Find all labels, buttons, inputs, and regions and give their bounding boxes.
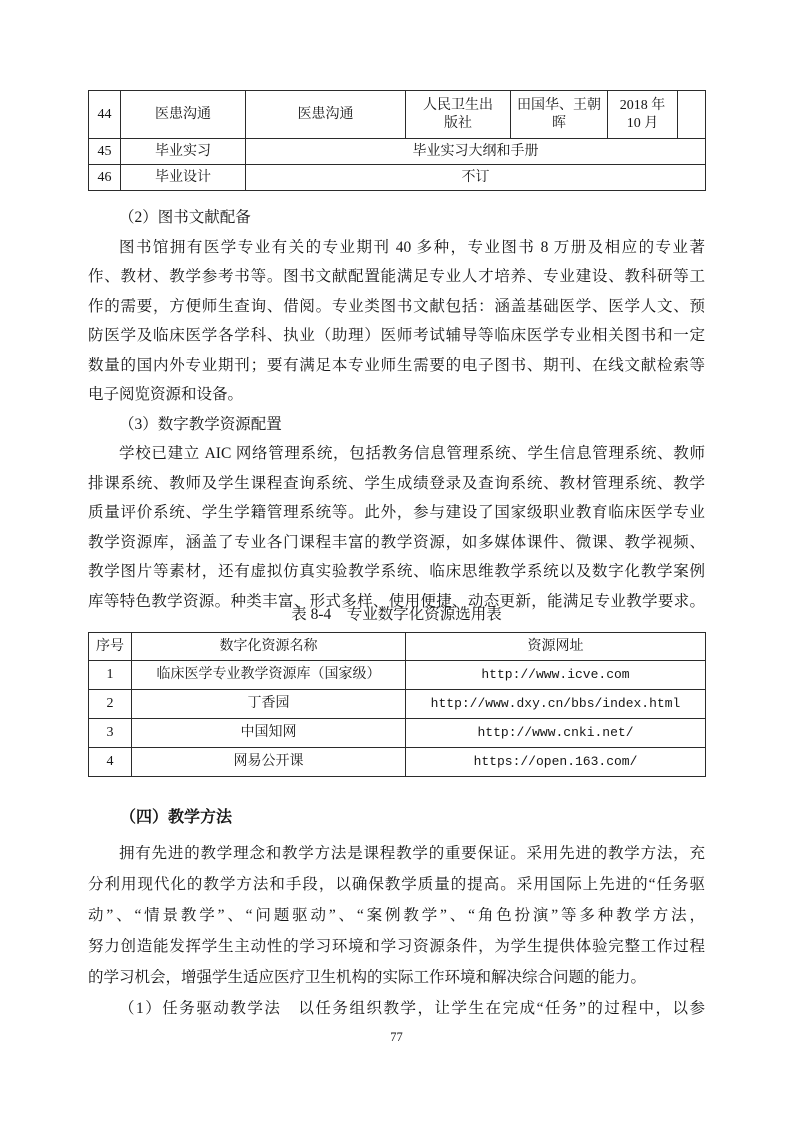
table-row: 1 临床医学专业教学资源库（国家级） http://www.icve.com — [89, 661, 706, 690]
merged-note-cell: 毕业实习大纲和手册 — [246, 139, 706, 165]
paragraph-line: 图书馆拥有医学专业有关的专业期刊 40 多种，专业图书 8 万册及相应的专业著 — [88, 233, 705, 263]
section-heading-bold: （四）教学方法 — [88, 806, 705, 830]
paragraph-line: 努力创造能发挥学生主动性的学习环境和学习资源条件，为学生提供体验完整工作过程 — [88, 931, 705, 962]
resource-url: http://www.cnki.net/ — [406, 719, 706, 748]
table-row: 4 网易公开课 https://open.163.com/ — [89, 748, 706, 777]
table-row: 46 毕业设计 不订 — [89, 165, 706, 191]
row-number-cell: 4 — [89, 748, 132, 777]
paragraph-line: 数量的国内外专业期刊；要有满足本专业师生需要的电子图书、期刊、在线文献检索等 — [88, 351, 705, 381]
document-page: 44 医患沟通 医患沟通 人民卫生出版社 田国华、王朝晖 2018 年 10 月… — [0, 0, 793, 1122]
resource-table: 序号 数字化资源名称 资源网址 1 临床医学专业教学资源库（国家级） http:… — [88, 632, 706, 777]
table-row: 3 中国知网 http://www.cnki.net/ — [89, 719, 706, 748]
paragraph-line: （1）任务驱动教学法 以任务组织教学，让学生在完成“任务”的过程中，以参 — [88, 993, 705, 1024]
table-caption: 表 8-4 专业数字化资源选用表 — [88, 604, 705, 626]
header-no: 序号 — [89, 633, 132, 661]
header-resource-url: 资源网址 — [406, 633, 706, 661]
row-number-cell: 1 — [89, 661, 132, 690]
paragraph-line: 的学习机会，增强学生适应医疗卫生机构的实际工作环境和解决综合问题的能力。 — [88, 962, 705, 993]
resource-name-cell: 中国知网 — [132, 719, 406, 748]
resource-name-cell: 临床医学专业教学资源库（国家级） — [132, 661, 406, 690]
textbook-table: 44 医患沟通 医患沟通 人民卫生出版社 田国华、王朝晖 2018 年 10 月… — [88, 90, 706, 191]
page-number: 77 — [0, 1029, 793, 1045]
paragraph-line: 拥有先进的教学理念和教学方法是课程教学的重要保证。采用先进的教学方法，充 — [88, 838, 705, 869]
paragraph-line: 分利用现代化的教学方法和手段，以确保教学质量的提高。采用国际上先进的“任务驱 — [88, 869, 705, 900]
row-number-cell: 3 — [89, 719, 132, 748]
body-text-block: （2）图书文献配备 图书馆拥有医学专业有关的专业期刊 40 多种，专业图书 8 … — [88, 203, 705, 616]
resource-url: http://www.dxy.cn/bbs/index.html — [406, 690, 706, 719]
paragraph-line: 作、教材、教学参考书等。图书文献配置能满足专业人才培养、专业建设、教科研等工 — [88, 262, 705, 292]
row-number-cell: 2 — [89, 690, 132, 719]
paragraph-line: 学校已建立 AIC 网络管理系统，包括教务信息管理系统、学生信息管理系统、教师 — [88, 439, 705, 469]
course-name-cell: 毕业实习 — [121, 139, 246, 165]
resource-url: https://open.163.com/ — [406, 748, 706, 777]
resource-url: http://www.icve.com — [406, 661, 706, 690]
paragraph-line: 教学资源库，涵盖了专业各门课程丰富的教学资源，如多媒体课件、微课、教学视频、 — [88, 528, 705, 558]
resource-name-cell: 网易公开课 — [132, 748, 406, 777]
paragraph-line: 作的需要，方便师生查询、借阅。专业类图书文献包括：涵盖基础医学、医学人文、预 — [88, 292, 705, 322]
table-row: 44 医患沟通 医患沟通 人民卫生出版社 田国华、王朝晖 2018 年 10 月 — [89, 91, 706, 139]
paragraph-line: 教学图片等素材，还有虚拟仿真实验教学系统、临床思维教学系统以及数字化教学案例 — [88, 557, 705, 587]
paragraph-line: 排课系统、教师及学生课程查询系统、学生成绩登录及查询系统、教材管理系统、教学 — [88, 469, 705, 499]
publisher-cell: 人民卫生出版社 — [406, 91, 511, 139]
empty-cell — [678, 91, 706, 139]
course-name-cell: 毕业设计 — [121, 165, 246, 191]
textbook-name-cell: 医患沟通 — [246, 91, 406, 139]
section-heading: （3）数字教学资源配置 — [88, 410, 705, 440]
resource-name-cell: 丁香园 — [132, 690, 406, 719]
header-resource-name: 数字化资源名称 — [132, 633, 406, 661]
authors-cell: 田国华、王朝晖 — [511, 91, 608, 139]
row-number-cell: 46 — [89, 165, 121, 191]
table-row: 2 丁香园 http://www.dxy.cn/bbs/index.html — [89, 690, 706, 719]
section-heading: （2）图书文献配备 — [88, 203, 705, 233]
merged-note-cell: 不订 — [246, 165, 706, 191]
row-number-cell: 45 — [89, 139, 121, 165]
table-row: 45 毕业实习 毕业实习大纲和手册 — [89, 139, 706, 165]
paragraph-line: 防医学及临床医学各学科、执业（助理）医师考试辅导等临床医学专业相关图书和一定 — [88, 321, 705, 351]
paragraph-line: 质量评价系统、学生学籍管理系统等。此外，参与建设了国家级职业教育临床医学专业 — [88, 498, 705, 528]
paragraph-line: 动”、“情景教学”、“问题驱动”、“案例教学”、“角色扮演”等多种教学方法， — [88, 900, 705, 931]
body-text-block: 拥有先进的教学理念和教学方法是课程教学的重要保证。采用先进的教学方法，充 分利用… — [88, 838, 705, 1024]
publish-date-cell: 2018 年 10 月 — [608, 91, 678, 139]
course-name-cell: 医患沟通 — [121, 91, 246, 139]
paragraph-line: 电子阅览资源和设备。 — [88, 380, 705, 410]
table-header-row: 序号 数字化资源名称 资源网址 — [89, 633, 706, 661]
row-number-cell: 44 — [89, 91, 121, 139]
